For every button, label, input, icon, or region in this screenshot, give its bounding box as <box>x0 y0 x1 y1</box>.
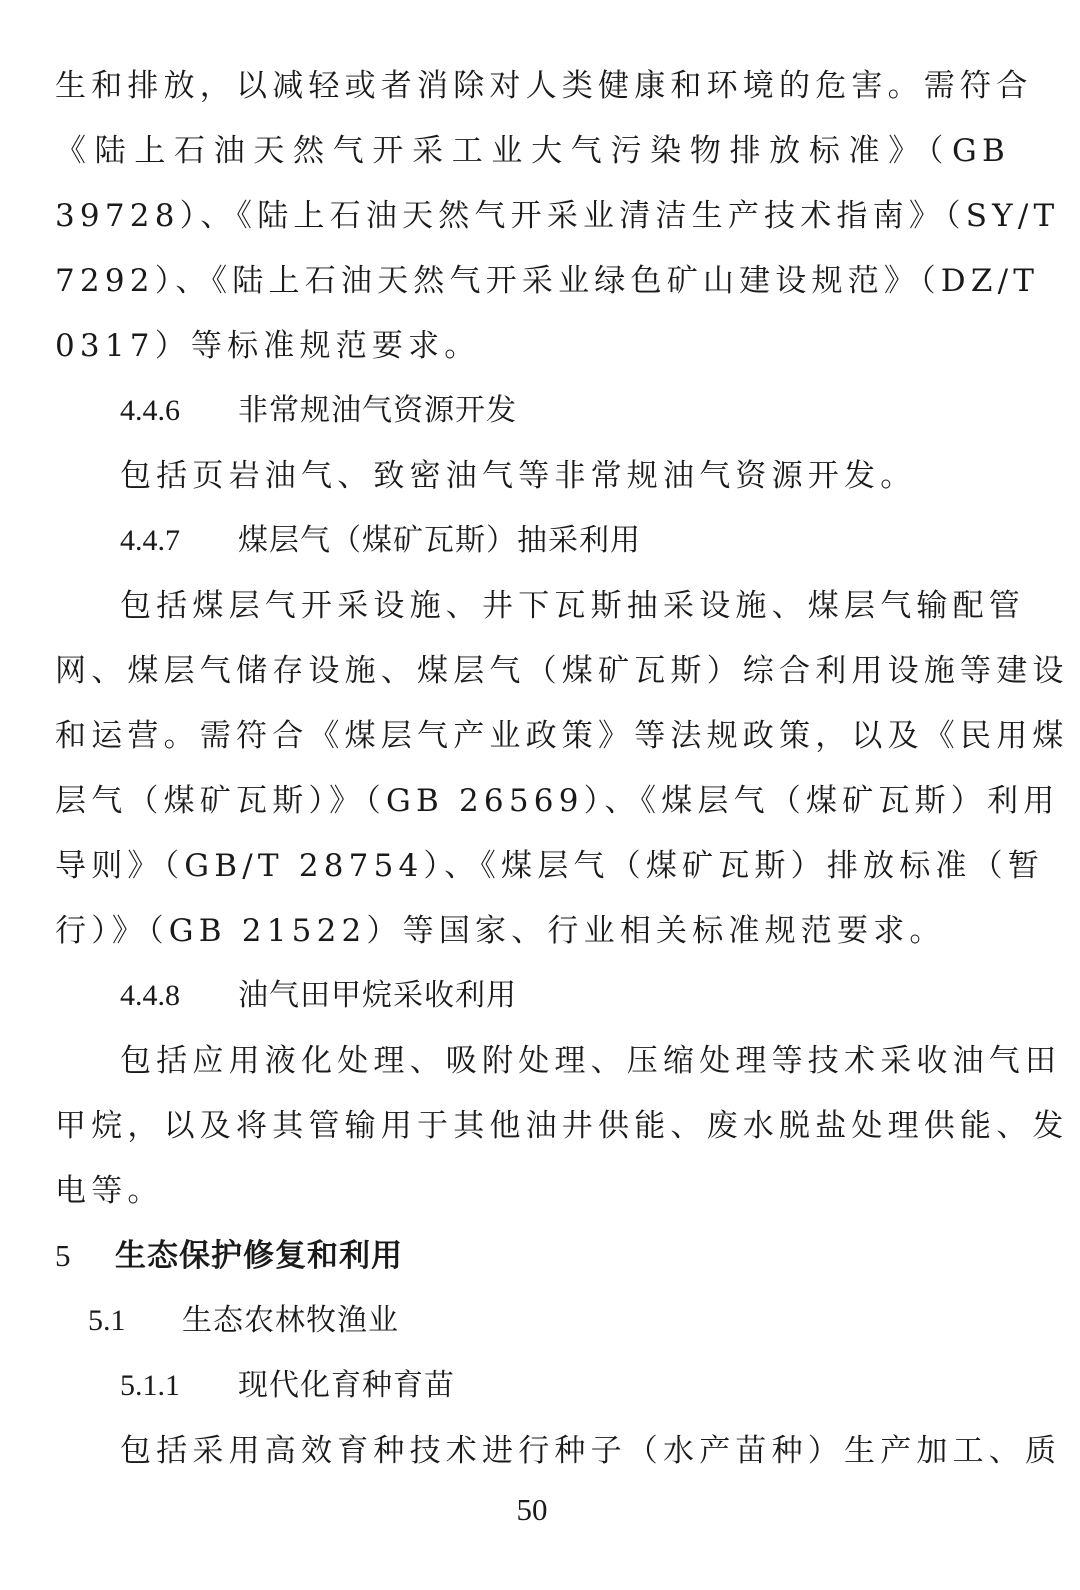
section-title: 煤层气（煤矿瓦斯）抽采利用 <box>238 523 641 558</box>
chapter-number: 5 <box>55 1236 115 1276</box>
section-number: 4.4.6 <box>120 391 238 431</box>
body-text-line: 导则》（GB/T 28754）、《煤层气（煤矿瓦斯）排放标准（暂 <box>55 846 1010 886</box>
body-text-line: 甲烷，以及将其管输用于其他油井供能、废水脱盐处理供能、发 <box>55 1106 1010 1146</box>
body-text-line: 生和排放，以减轻或者消除对人类健康和环境的危害。需符合 <box>55 66 1010 106</box>
body-text-line: 39728）、《陆上石油天然气开采业清洁生产技术指南》（SY/T <box>55 196 1010 236</box>
body-text-line: 包括页岩油气、致密油气等非常规油气资源开发。 <box>120 456 1010 496</box>
section-title: 非常规油气资源开发 <box>238 393 517 428</box>
body-text-line: 和运营。需符合《煤层气产业政策》等法规政策，以及《民用煤 <box>55 716 1010 756</box>
section-heading-4-4-7: 4.4.7煤层气（煤矿瓦斯）抽采利用 <box>120 521 641 561</box>
page-number: 50 <box>0 1490 1064 1530</box>
section-title: 现代化育种育苗 <box>238 1368 455 1403</box>
section-title: 油气田甲烷采收利用 <box>238 978 517 1013</box>
chapter-heading-5: 5生态保护修复和利用 <box>55 1236 403 1276</box>
section-heading-5-1: 5.1生态农林牧渔业 <box>88 1301 399 1341</box>
body-text-line: 包括应用液化处理、吸附处理、压缩处理等技术采收油气田 <box>120 1041 1010 1081</box>
section-number: 5.1.1 <box>120 1366 238 1406</box>
document-page: 生和排放，以减轻或者消除对人类健康和环境的危害。需符合 《陆上石油天然气开采工业… <box>0 0 1080 1590</box>
body-text-line: 7292）、《陆上石油天然气开采业绿色矿山建设规范》（DZ/T <box>55 261 1010 301</box>
section-heading-4-4-8: 4.4.8油气田甲烷采收利用 <box>120 976 517 1016</box>
section-number: 5.1 <box>88 1301 182 1341</box>
section-number: 4.4.7 <box>120 521 238 561</box>
body-text-line: 层气（煤矿瓦斯）》（GB 26569）、《煤层气（煤矿瓦斯）利用 <box>55 781 1010 821</box>
body-text-line: 网、煤层气储存设施、煤层气（煤矿瓦斯）综合利用设施等建设 <box>55 651 1010 691</box>
body-text-line: 包括煤层气开采设施、井下瓦斯抽采设施、煤层气输配管 <box>120 586 1010 626</box>
section-number: 4.4.8 <box>120 976 238 1016</box>
section-title: 生态农林牧渔业 <box>182 1303 399 1338</box>
body-text-line: 《陆上石油天然气开采工业大气污染物排放标准》（GB <box>55 131 1010 171</box>
section-heading-5-1-1: 5.1.1现代化育种育苗 <box>120 1366 455 1406</box>
body-text-line: 电等。 <box>55 1171 1010 1211</box>
body-text-line: 包括采用高效育种技术进行种子（水产苗种）生产加工、质 <box>120 1431 1010 1471</box>
section-heading-4-4-6: 4.4.6非常规油气资源开发 <box>120 391 517 431</box>
body-text-line: 0317）等标准规范要求。 <box>55 326 1010 366</box>
chapter-title: 生态保护修复和利用 <box>115 1238 403 1274</box>
body-text-line: 行）》（GB 21522）等国家、行业相关标准规范要求。 <box>55 911 1010 951</box>
